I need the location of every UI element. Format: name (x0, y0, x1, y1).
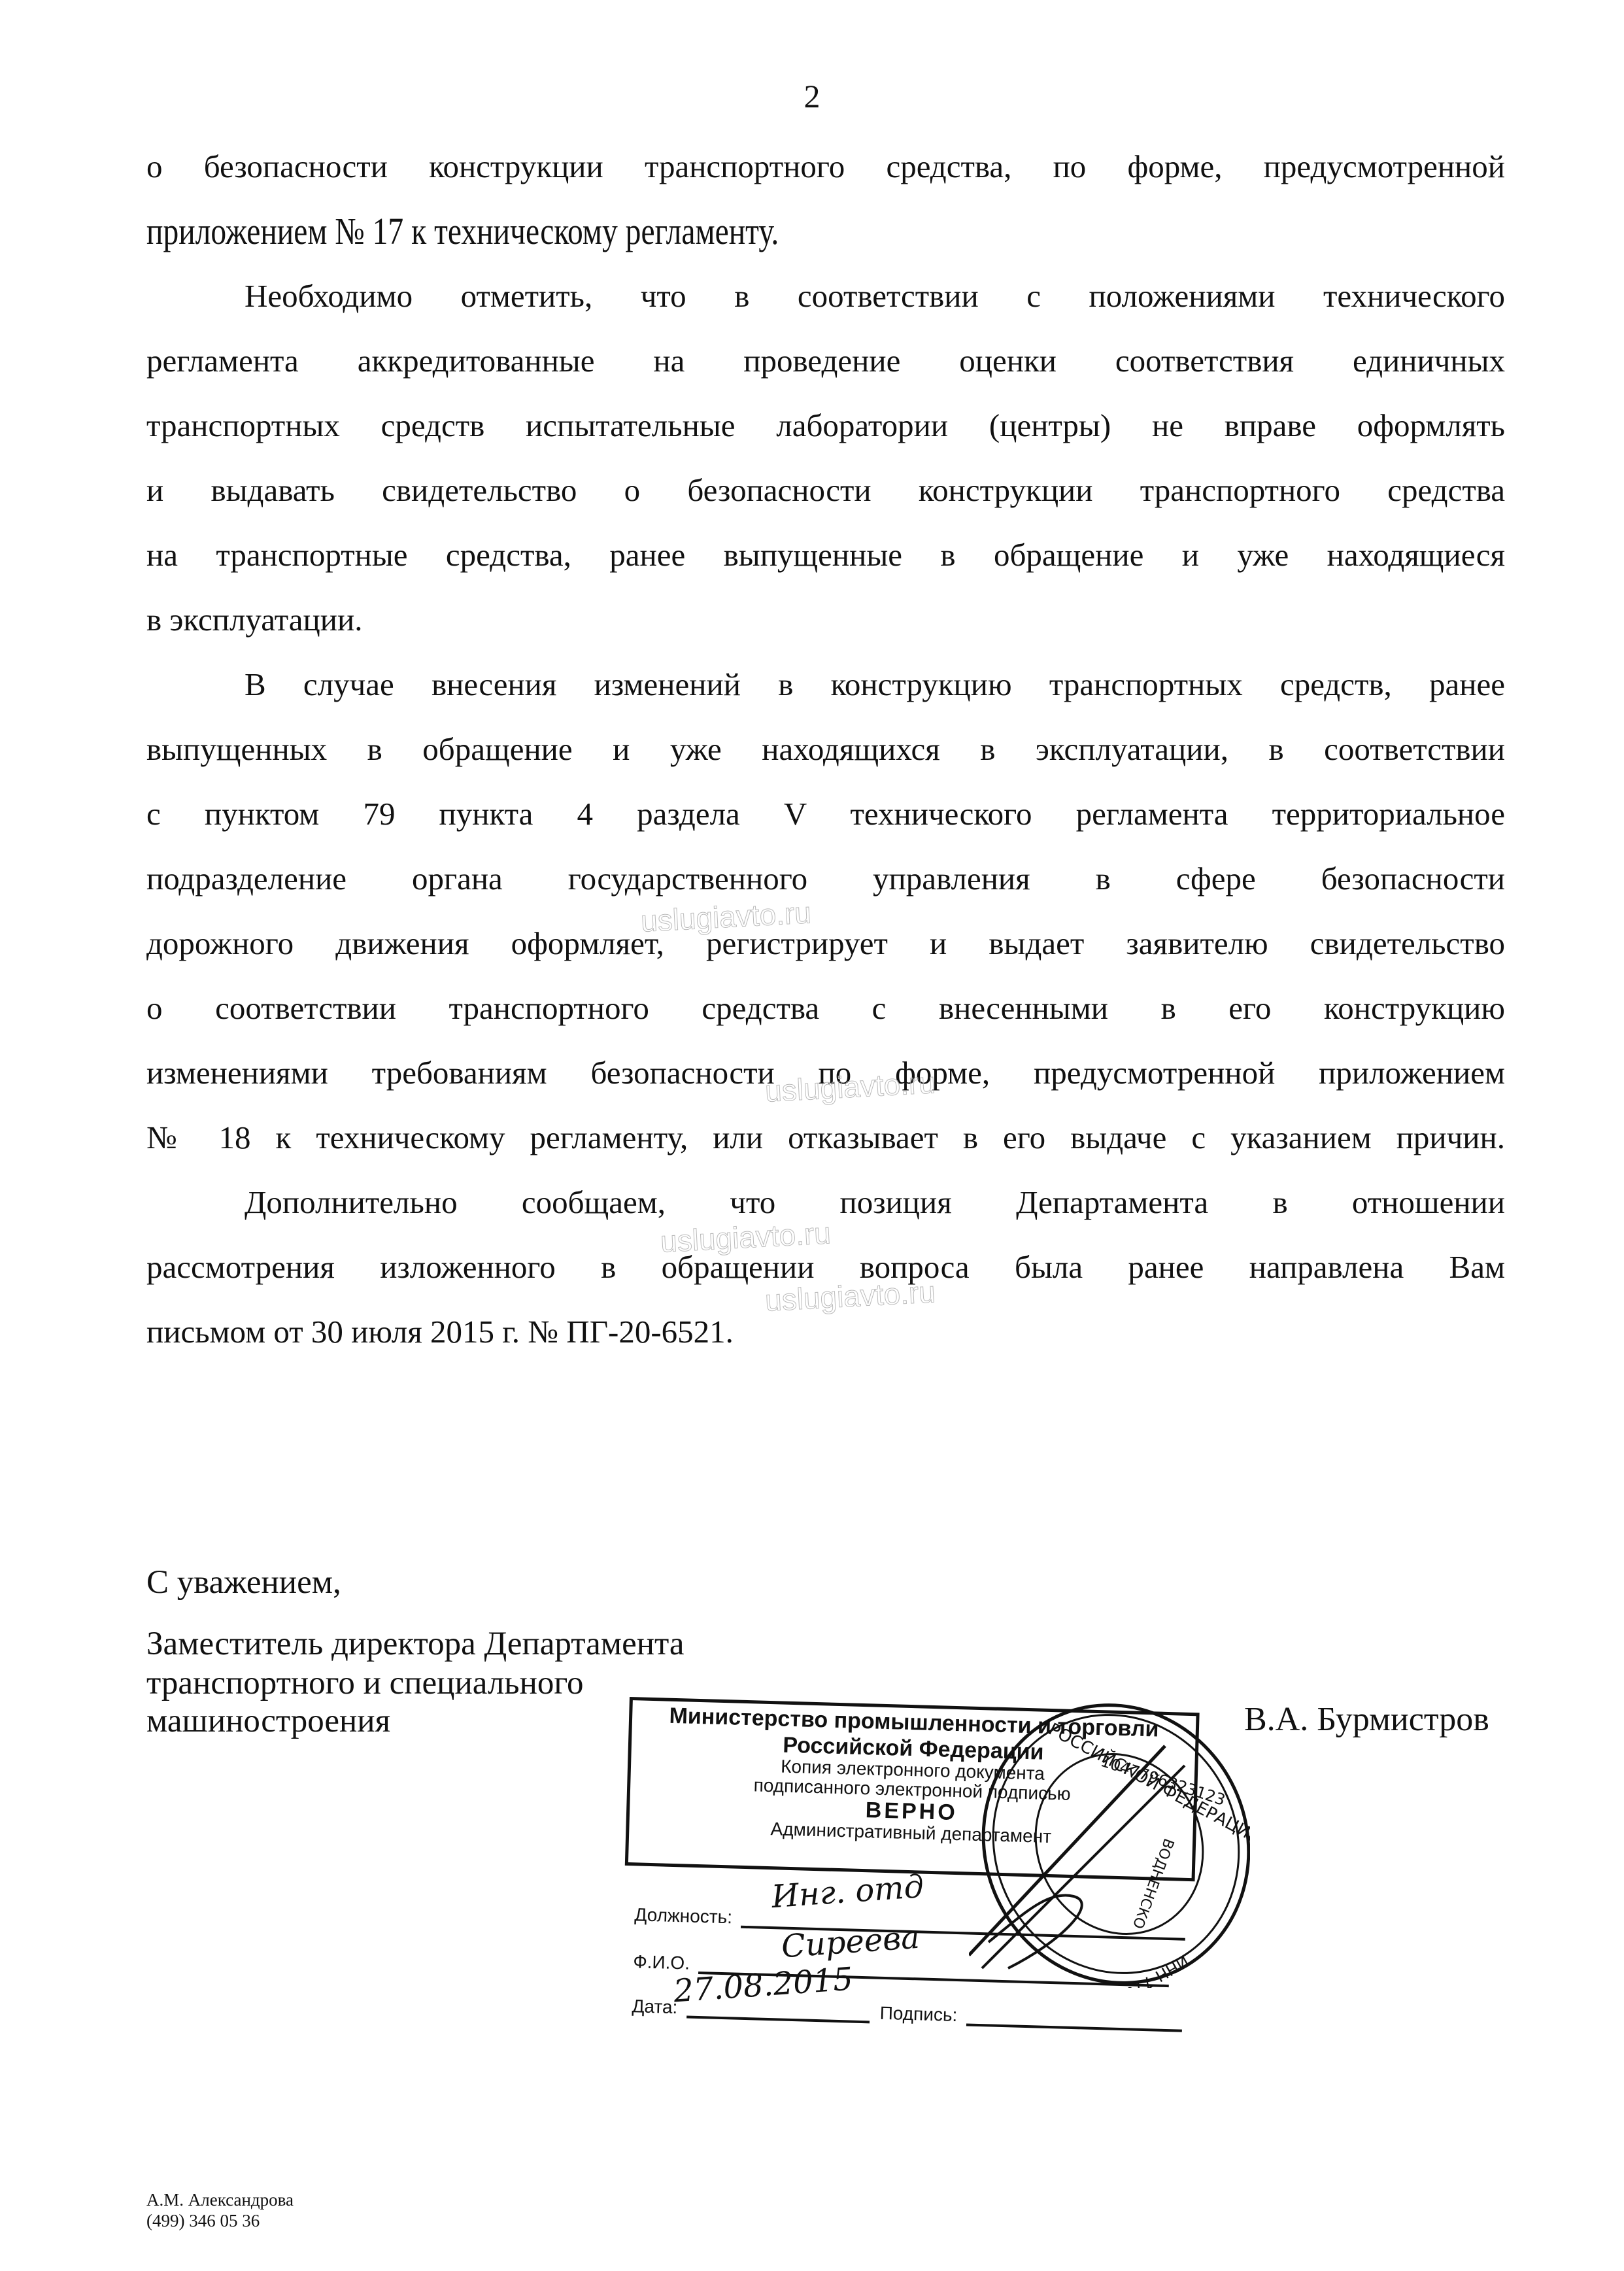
letter-body: о безопасности конструкции транспортного… (146, 134, 1505, 1364)
body-line: и выдавать свидетельство о безопасности … (146, 458, 1505, 522)
handwritten-position: Инг. отд (770, 1868, 924, 1915)
body-line: о безопасности конструкции транспортного… (146, 134, 1505, 199)
svg-text:1047796323123: 1047796323123 (1098, 1752, 1227, 1809)
page-number: 2 (0, 77, 1624, 115)
body-line: Необходимо отметить, что в соответствии … (146, 264, 1505, 328)
body-line: транспортных средств испытательные лабор… (146, 393, 1505, 458)
body-line: в эксплуатации. (146, 587, 1505, 652)
body-line: регламента аккредитованные на проведение… (146, 328, 1505, 393)
body-line: № 18 к техническому регламенту, или отка… (146, 1105, 1505, 1170)
body-line: подразделение органа государственного уп… (146, 846, 1505, 911)
body-line: на транспортные средства, ранее выпущенн… (146, 522, 1505, 587)
executor-contact: А.М. Александрова (499) 346 05 36 (146, 2189, 294, 2231)
body-line: приложением № 17 к техническому регламен… (146, 199, 1260, 264)
body-line: с пунктом 79 пункта 4 раздела V техничес… (146, 781, 1505, 846)
closing-regards: С уважением, (146, 1562, 341, 1603)
signer-title-line1: Заместитель директора Департамента (146, 1623, 685, 1665)
executor-name: А.М. Александрова (146, 2189, 294, 2210)
signer-title-line2: транспортного и специального (146, 1662, 584, 1704)
signer-title-line3: машиностроения (146, 1700, 390, 1742)
body-line: о соответствии транспортного средства с … (146, 976, 1505, 1040)
field-date-label: Дата: (632, 1996, 678, 2017)
executor-phone: (499) 346 05 36 (146, 2210, 294, 2231)
svg-text:ВОДНЕНСКО: ВОДНЕНСКО (1129, 1836, 1177, 1931)
body-line: В случае внесения изменений в конструкци… (146, 652, 1505, 717)
field-name-label: Ф.И.О. (633, 1951, 690, 1973)
field-signature-label: Подпись: (879, 2003, 957, 2025)
body-line: дорожного движения оформляет, регистриру… (146, 911, 1505, 976)
signer-name: В.А. Бурмистров (1244, 1700, 1489, 1739)
field-position-label: Должность: (634, 1904, 732, 1927)
body-line: выпущенных в обращение и уже находящихся… (146, 717, 1505, 781)
official-seal-icon: РОССИЙСКОЙ ФЕДЕРАЦИИ 1047796323123 ИНН 7… (969, 1681, 1250, 1988)
